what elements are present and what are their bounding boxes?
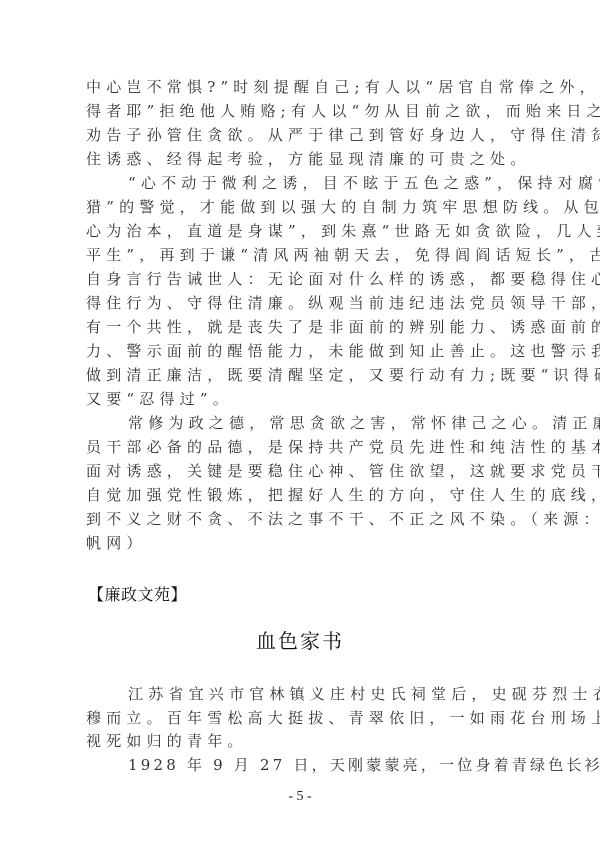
text-line: 1928 年 9 月 27 日，天刚蒙蒙亮，一位身着青绿色长衫的年轻 bbox=[128, 753, 522, 777]
text-line: 员干部必备的品德，是保持共产党员先进性和纯洁性的基本要求。 bbox=[86, 435, 522, 459]
text-line: 穆而立。百年雪松高大挺拔、青翠依旧，一如雨花台刑场上，那位 bbox=[86, 706, 522, 730]
text-line: 帆网） bbox=[86, 531, 522, 555]
text-line: 做到清正廉洁，既要清醒坚定，又要行动有力;既要“识得破”， bbox=[86, 363, 522, 387]
article-title: 血色家书 bbox=[0, 626, 600, 656]
text-line: 中心岂不常惧?”时刻提醒自己;有人以“居官自常俸之外，尚有应 bbox=[86, 75, 522, 99]
text-line: 江苏省宜兴市官林镇义庄村史氏祠堂后，史砚芬烈士衣冠冢肃 bbox=[128, 682, 522, 706]
document-page: 中心岂不常惧?”时刻提醒自己;有人以“居官自常俸之外，尚有应 得者耶”拒绝他人贿… bbox=[0, 0, 600, 849]
text-line: 视死如归的青年。 bbox=[86, 729, 522, 753]
page-number: - 5 - bbox=[0, 787, 600, 807]
text-line: 到不义之财不贪、不法之事不干、不正之风不染。（来源：清风扬 bbox=[86, 507, 522, 531]
text-line: 心为治本，直道是身谋”，到朱熹“世路无如贪欲险，几人到此误 bbox=[86, 219, 522, 243]
text-line: 面对诱惑，关键是要稳住心神、管住欲望，这就要求党员干部必须 bbox=[86, 459, 522, 483]
text-line: 自身言行告诫世人：无论面对什么样的诱惑，都要稳得住心神、管 bbox=[86, 267, 522, 291]
text-line: 劝告子孙管住贪欲。从严于律己到管好身边人，守得住清贫、挡得 bbox=[86, 123, 522, 147]
text-line: 自觉加强党性锻炼，把握好人生的方向，守住人生的底线，自觉做 bbox=[86, 483, 522, 507]
text-line: 有一个共性，就是丧失了是非面前的辨别能力、诱惑面前的自控能 bbox=[86, 315, 522, 339]
section-label: 【廉政文苑】 bbox=[88, 583, 187, 607]
text-line: 平生”，再到于谦“清风两袖朝天去，免得闾阎话短长”，古人用 bbox=[86, 243, 522, 267]
text-line: 力、警示面前的醒悟能力，未能做到知止善止。这也警示我们，要 bbox=[86, 339, 522, 363]
text-line: 猎”的警觉，才能做到以强大的自制力筑牢思想防线。从包拯“清 bbox=[86, 195, 522, 219]
text-line: 常修为政之德，常思贪欲之害，常怀律己之心。清正廉洁是党 bbox=[128, 411, 522, 435]
text-line: 住诱惑、经得起考验，方能显现清廉的可贵之处。 bbox=[86, 147, 522, 171]
text-line: 又要“忍得过”。 bbox=[86, 387, 522, 411]
text-line: “心不动于微利之诱，目不眩于五色之惑”，保持对腐蚀“围 bbox=[128, 171, 522, 195]
text-line: 得住行为、守得住清廉。纵观当前违纪违法党员领导干部，几乎都 bbox=[86, 291, 522, 315]
text-line: 得者耶”拒绝他人贿赂;有人以“勿从目前之欲，而贻来日之病” bbox=[86, 99, 522, 123]
